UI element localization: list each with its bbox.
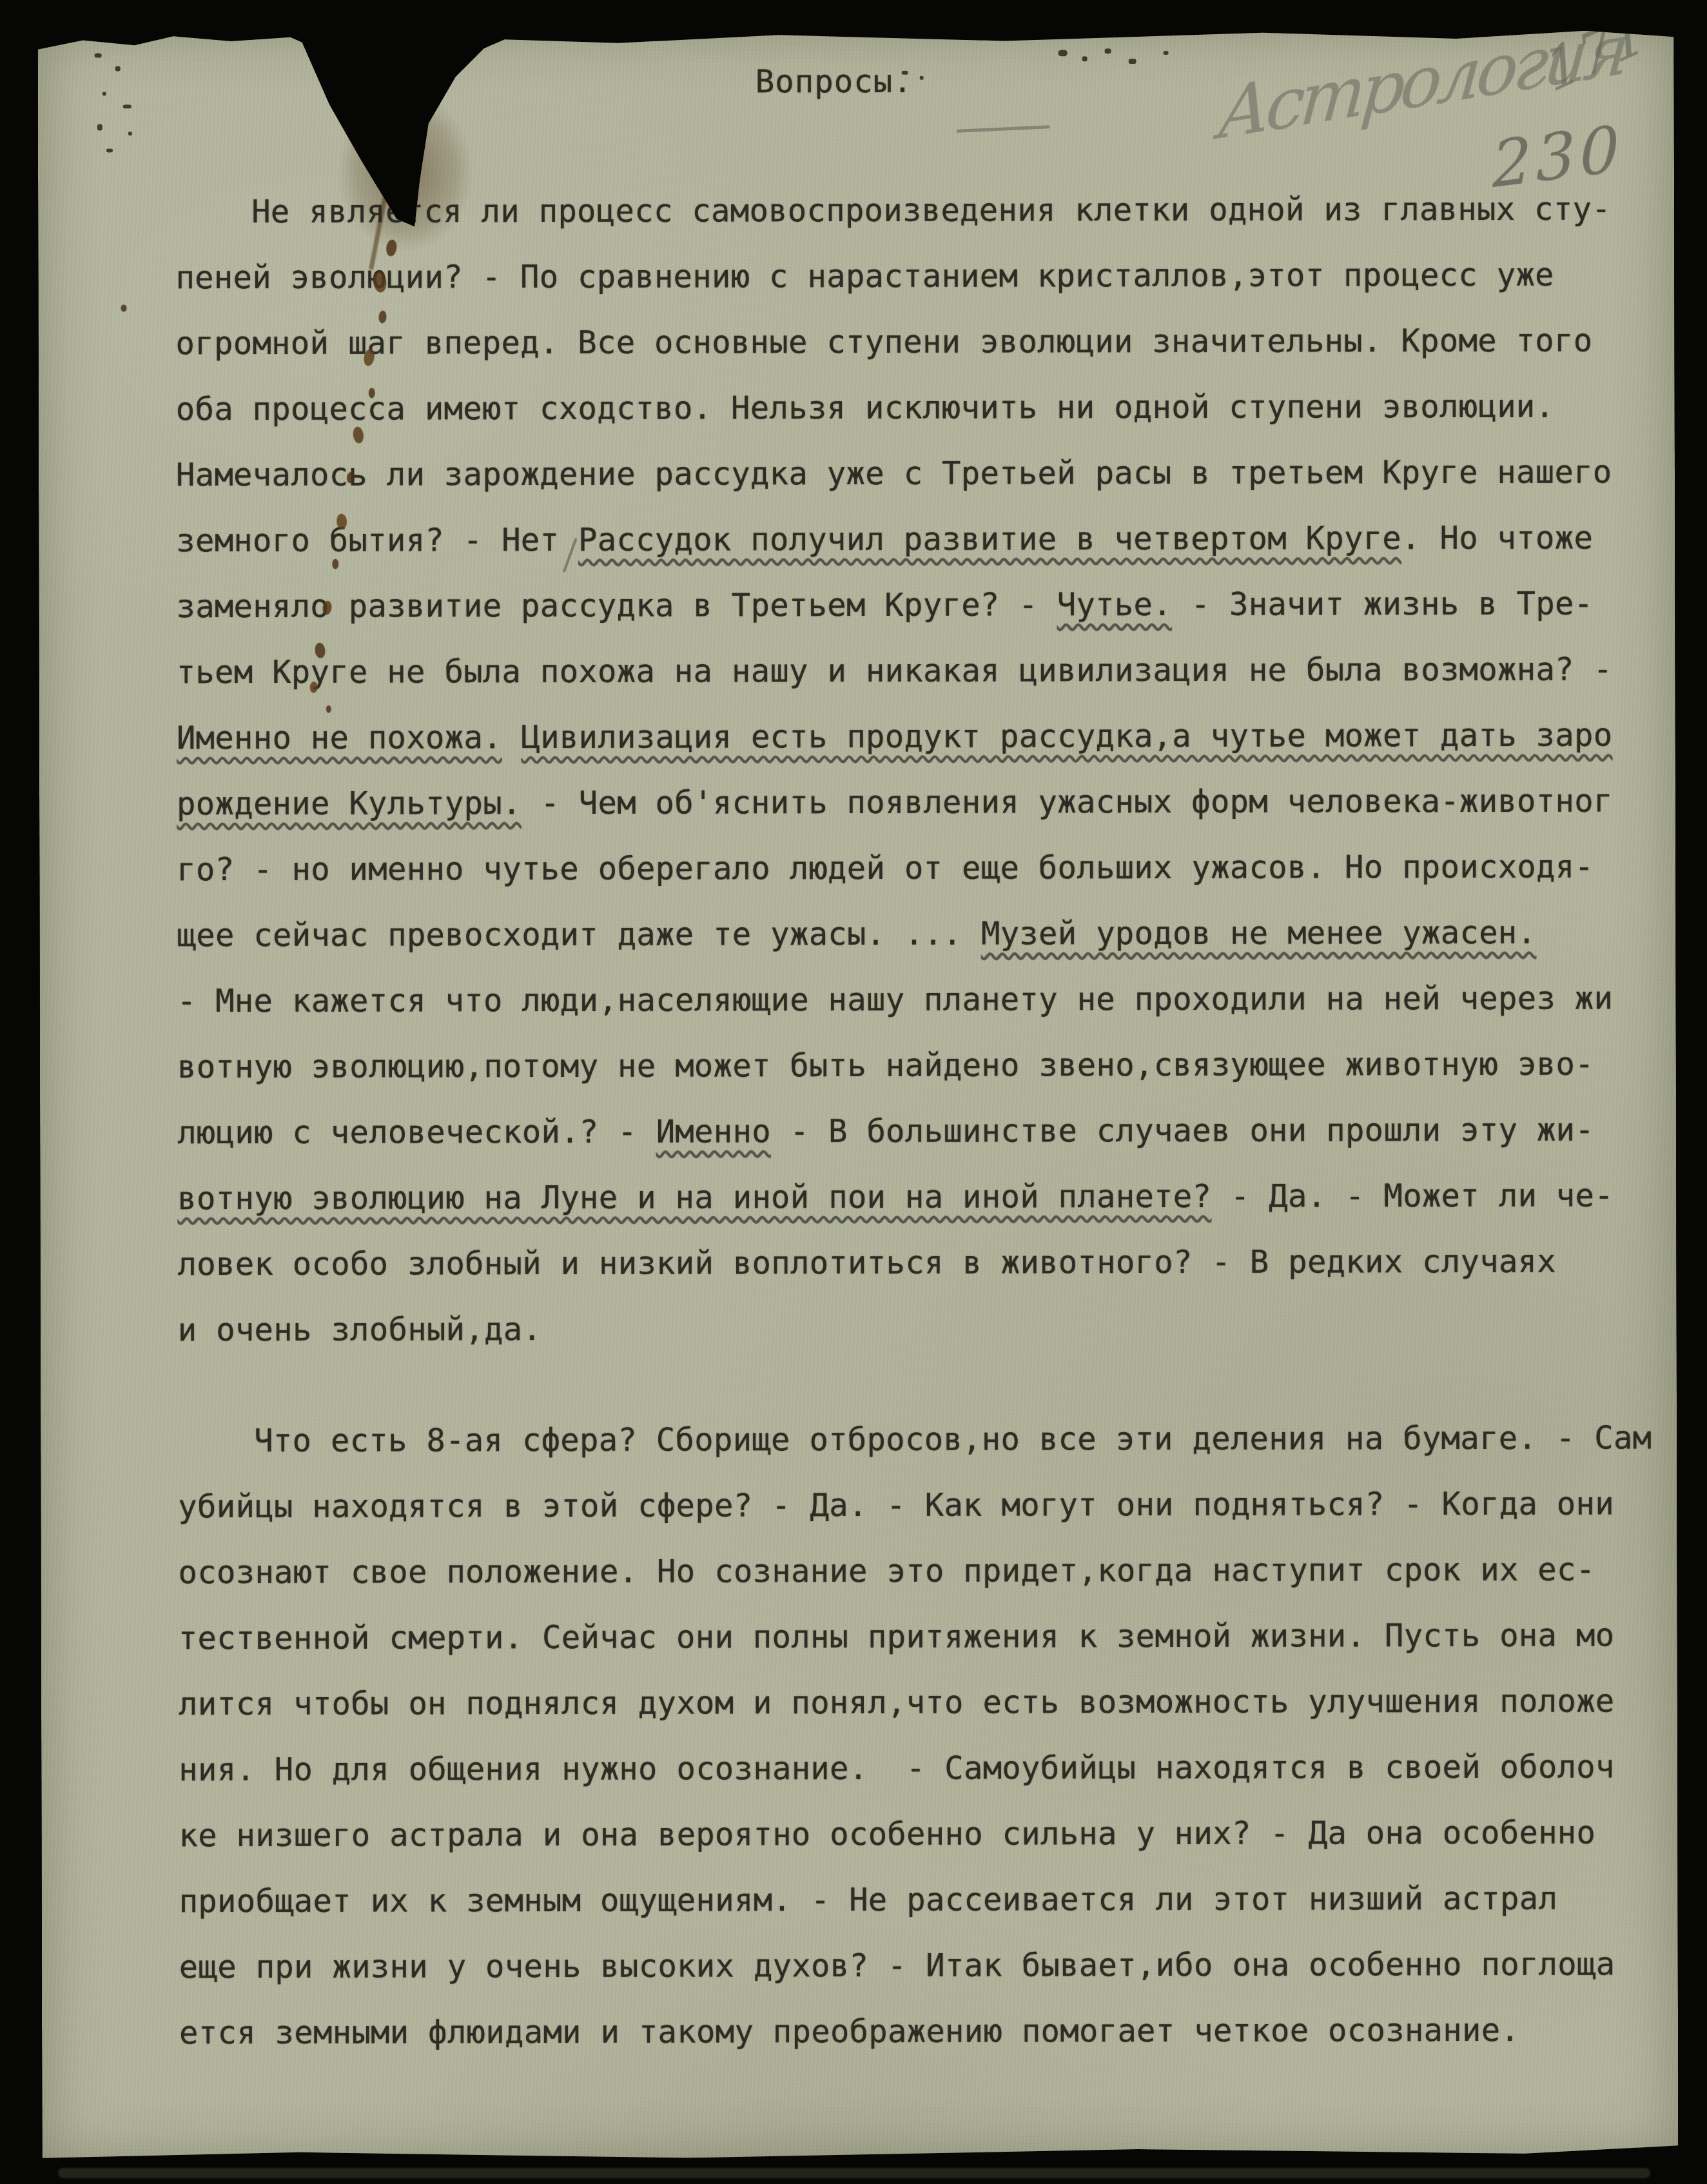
ink-droplet-stain <box>121 304 126 311</box>
text-segment: огромной шаг вперед. Все основные ступен… <box>176 322 1593 362</box>
text-segment: еще при жизни у очень высоких духов? - И… <box>179 1946 1615 1986</box>
typewritten-line: Именно не похожа. Цивилизация есть проду… <box>177 702 1650 771</box>
typewritten-paragraph: Не является ли процесс самовоспроизведен… <box>175 176 1651 1363</box>
paper-speck <box>1129 59 1136 64</box>
paper-speck <box>1164 51 1169 55</box>
scan-bottom-edge <box>58 2168 1650 2178</box>
pencil-dash-mark <box>957 125 1050 133</box>
paper-speck <box>128 132 132 135</box>
typewritten-line: рождение Культуры. - Чем об'яснить появл… <box>177 768 1650 837</box>
text-segment: - В большинстве случаев они прошли эту ж… <box>771 1112 1594 1150</box>
text-segment: - Да. - Может ли че- <box>1211 1177 1614 1215</box>
paper-speck <box>920 76 924 80</box>
typewritten-line: лится чтобы он поднялся духом и понял,чт… <box>179 1668 1652 1737</box>
pencil-underlined-text: Чутье. <box>1057 586 1172 623</box>
paper-speck <box>1082 56 1088 61</box>
text-segment: го? - но именно чутье оберегало людей от… <box>177 849 1594 889</box>
typewritten-line: осознают свое положение. Но сознание это… <box>178 1537 1651 1606</box>
pencil-underlined-text: рождение Культуры. <box>177 785 522 822</box>
typewritten-line: Не является ли процесс самовоспроизведен… <box>175 176 1648 245</box>
paper-speck <box>1105 48 1111 54</box>
typewritten-paragraph: Что есть 8-ая сфера? Сборище отбросов,но… <box>178 1405 1652 2066</box>
text-segment: вотную эволюцию,потому не может быть най… <box>177 1046 1594 1086</box>
text-segment: ется земными флюидами и такому преображе… <box>179 2012 1519 2051</box>
text-segment: Что есть 8-ая сфера? Сборище отбросов,но… <box>254 1419 1652 1459</box>
typewritten-line: и очень злобный,да. <box>178 1294 1651 1363</box>
pencil-underlined-text: вотную эволюцию на Луне и на иной пои на… <box>177 1178 1211 1217</box>
paper-speck <box>902 71 908 75</box>
pencil-underlined-text: Рассудок получил развитие в четвертом Кр… <box>578 520 1401 558</box>
pencil-underlined-text: Именно <box>656 1113 771 1150</box>
typewritten-line: Что есть 8-ая сфера? Сборище отбросов,но… <box>178 1405 1651 1474</box>
text-segment: Намечалось ли зарождение рассудка уже с … <box>176 454 1612 494</box>
pencil-underlined-text: Именно не похожа. <box>177 719 502 756</box>
typewritten-line: заменяло развитие рассудка в Третьем Кру… <box>176 571 1649 640</box>
paper-speck <box>115 66 121 71</box>
paper-sheet: Вопросы. Астрология 171 230 Не является … <box>38 24 1679 2163</box>
typewritten-line: пеней эволюции? - По сравнению с нараста… <box>175 242 1648 311</box>
text-segment: люцию с человеческой.? - <box>177 1114 656 1152</box>
text-segment: и очень злобный,да. <box>178 1311 541 1348</box>
text-segment: - Мне кажется что люди,населяющие нашу п… <box>177 980 1614 1020</box>
typewritten-line: го? - но именно чутье оберегало людей от… <box>177 834 1650 903</box>
typewritten-line: приобщает их к земным ощущениям. - Не ра… <box>179 1865 1652 1934</box>
typewritten-line: люцию с человеческой.? - Именно - В боль… <box>177 1097 1650 1166</box>
typewritten-line: оба процесса имеют сходство. Нельзя искл… <box>176 373 1649 442</box>
paper-speck <box>95 53 102 57</box>
paper-speck <box>97 124 102 130</box>
text-segment: осознают свое положение. Но сознание это… <box>178 1551 1595 1591</box>
text-segment: ния. Но для общения нужно осознание. - С… <box>179 1749 1615 1789</box>
paper-speck <box>1058 50 1068 56</box>
typewritten-line: - Мне кажется что люди,населяющие нашу п… <box>177 965 1650 1034</box>
typewritten-line: ния. Но для общения нужно осознание. - С… <box>179 1734 1652 1803</box>
typewritten-line: ется земными флюидами и такому преображе… <box>179 1997 1652 2066</box>
typewritten-line: земного бытия? - Нет Рассудок получил ра… <box>176 505 1649 574</box>
typewritten-line: огромной шаг вперед. Все основные ступен… <box>175 308 1648 377</box>
text-segment: ке низшего астрала и она вероятно особен… <box>179 1815 1595 1854</box>
text-segment: приобщает их к земным ощущениям. - Не ра… <box>179 1880 1558 1920</box>
typewritten-line: тьем Круге не была похожа на нашу и ника… <box>177 636 1650 705</box>
typewritten-line: вотную эволюцию,потому не может быть най… <box>177 1031 1650 1100</box>
text-segment: . Но чтоже <box>1401 520 1593 557</box>
text-segment: - Чем об'яснить появления ужасных форм ч… <box>522 783 1613 822</box>
typewritten-line: вотную эволюцию на Луне и на иной пои на… <box>177 1163 1650 1232</box>
paper-speck <box>106 148 113 152</box>
text-segment: убийцы находятся в этой сфере? - Да. - К… <box>178 1486 1614 1526</box>
typewritten-line: ловек особо злобный и низкий воплотиться… <box>177 1228 1650 1297</box>
text-segment <box>502 719 522 756</box>
page-title: Вопросы. <box>756 63 913 101</box>
pencil-underlined-text: Цивилизация есть продукт рассудка,а чуть… <box>521 717 1612 756</box>
text-segment: ловек особо злобный и низкий воплотиться… <box>177 1243 1556 1283</box>
text-segment: заменяло развитие рассудка в Третьем Кру… <box>176 586 1057 625</box>
typewritten-line: еще при жизни у очень высоких духов? - И… <box>179 1931 1652 2000</box>
ink-droplet-stain <box>332 559 338 569</box>
typewritten-line: убийцы находятся в этой сфере? - Да. - К… <box>178 1471 1651 1540</box>
scanned-archive-page: { "scan": { "background_color": "#060605… <box>0 0 1707 2184</box>
typewritten-line: Намечалось ли зарождение рассудка уже с … <box>176 439 1649 508</box>
text-segment: щее сейчас превосходит даже те ужасы. ..… <box>177 916 981 954</box>
paper-speck <box>102 92 106 95</box>
text-segment: - Значит жизнь в Тре- <box>1172 585 1594 623</box>
text-segment: оба процесса имеют сходство. Нельзя искл… <box>176 388 1555 428</box>
typewritten-line: щее сейчас превосходит даже те ужасы. ..… <box>177 900 1650 969</box>
text-segment: тьем Круге не была похожа на нашу и ника… <box>177 651 1613 691</box>
text-segment: земного бытия? - Нет <box>176 522 578 559</box>
text-segment: Не является ли процесс самовоспроизведен… <box>251 191 1611 230</box>
typewritten-line: ке низшего астрала и она вероятно особен… <box>179 1800 1652 1869</box>
paper-speck <box>123 104 132 108</box>
typewritten-line: тественной смерти. Сейчас они полны прит… <box>179 1602 1652 1671</box>
text-segment: тественной смерти. Сейчас они полны прит… <box>179 1617 1615 1657</box>
pencil-underlined-text: Музей уродов не менее ужасен. <box>981 914 1536 952</box>
ink-droplet-stain <box>326 705 331 713</box>
ink-droplet-stain <box>369 388 375 398</box>
text-segment: лится чтобы он поднялся духом и понял,чт… <box>179 1683 1615 1723</box>
